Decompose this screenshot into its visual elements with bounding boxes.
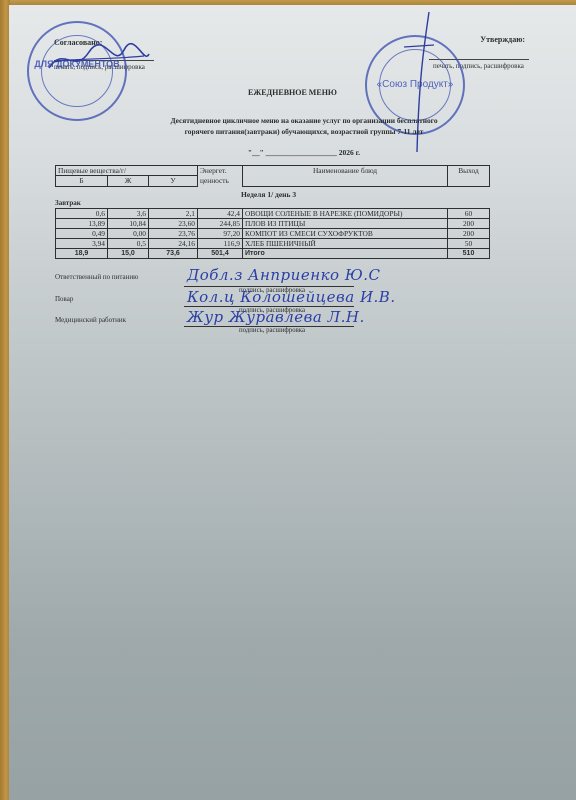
cell-dish-name: ХЛЕБ ПШЕНИЧНЫЙ — [243, 239, 448, 249]
total-cell-carbs: 73,6 — [149, 249, 198, 259]
cell-yield: 60 — [448, 209, 490, 219]
header-fats: Ж — [108, 176, 149, 186]
cell-carbs: 23,76 — [149, 229, 198, 239]
cell-fats: 0,5 — [108, 239, 149, 249]
document-page: Согласовано: печать, подпись, расшифровк… — [9, 5, 576, 800]
handwritten-signature-1: Добл.з Анприенко Ю.С — [187, 266, 380, 284]
subtitle-line-1: Десятидневное цикличное меню на оказание… — [69, 115, 539, 126]
date-line: "__" ___________________ 2026 г. — [164, 148, 444, 157]
signature-caption-3: подпись, расшифровка — [239, 327, 305, 334]
header-proteins: Б — [56, 176, 108, 186]
approval-right-label: Утверждаю: — [429, 35, 529, 44]
cell-energy: 42,4 — [198, 209, 243, 219]
table-total-row: 18,915,073,6501,4Итого510 — [56, 249, 490, 259]
handwritten-signature-2: Кол.ц Колошейцева И.В. — [187, 288, 396, 306]
approval-right: Утверждаю: печать, подпись, расшифровка — [429, 35, 529, 44]
cell-fats: 10,84 — [108, 219, 149, 229]
total-cell-yield: 510 — [448, 249, 490, 259]
week-day-label: Неделя 1/ день 3 — [241, 190, 296, 199]
meal-section-label: Завтрак — [55, 199, 81, 207]
total-cell-energy: 501,4 — [198, 249, 243, 259]
document-title: ЕЖЕДНЕВНОЕ МЕНЮ — [9, 88, 576, 97]
table-row: 3,940,524,16116,9ХЛЕБ ПШЕНИЧНЫЙ50 — [56, 239, 490, 249]
header-carbs: У — [149, 176, 198, 186]
cell-energy: 116,9 — [198, 239, 243, 249]
cell-carbs: 24,16 — [149, 239, 198, 249]
handwritten-signature-3: Жур Журавлева Л.Н. — [187, 308, 365, 326]
header-dish-name: Наименование блюд — [243, 166, 448, 187]
signature-role-2: Повар — [55, 295, 73, 303]
cell-fats: 3,6 — [108, 209, 149, 219]
cell-yield: 50 — [448, 239, 490, 249]
cell-carbs: 23,60 — [149, 219, 198, 229]
cell-dish-name: ПЛОВ ИЗ ПТИЦЫ — [243, 219, 448, 229]
menu-table-body: 0,63,62,142,4ОВОЩИ СОЛЕНЫЕ В НАРЕЗКЕ (ПО… — [55, 208, 490, 259]
signature-role-3: Медицинский работник — [55, 316, 126, 324]
cell-yield: 200 — [448, 219, 490, 229]
header-energy-line2: ценность — [200, 176, 240, 186]
signature-role-1: Ответственный по питанию — [55, 273, 138, 281]
cell-proteins: 0,49 — [56, 229, 108, 239]
header-energy-line1: Энергет. — [200, 166, 240, 176]
cell-energy: 244,85 — [198, 219, 243, 229]
total-cell-fats: 15,0 — [108, 249, 149, 259]
header-nutrients: Пищевые вещества/г/ — [56, 166, 198, 176]
cell-energy: 97,20 — [198, 229, 243, 239]
table-row: 0,490,0023,7697,20КОМПОТ ИЗ СМЕСИ СУХОФР… — [56, 229, 490, 239]
cell-fats: 0,00 — [108, 229, 149, 239]
header-yield: Выход — [448, 166, 490, 187]
header-energy: Энергет. ценность — [198, 166, 243, 187]
table-row: 0,63,62,142,4ОВОЩИ СОЛЕНЫЕ В НАРЕЗКЕ (ПО… — [56, 209, 490, 219]
cell-carbs: 2,1 — [149, 209, 198, 219]
cell-proteins: 13,89 — [56, 219, 108, 229]
cell-dish-name: КОМПОТ ИЗ СМЕСИ СУХОФРУКТОВ — [243, 229, 448, 239]
cell-proteins: 0,6 — [56, 209, 108, 219]
table-row: 13,8910,8423,60244,85ПЛОВ ИЗ ПТИЦЫ200 — [56, 219, 490, 229]
cell-proteins: 3,94 — [56, 239, 108, 249]
total-cell-dish-name: Итого — [243, 249, 448, 259]
cell-yield: 200 — [448, 229, 490, 239]
cell-dish-name: ОВОЩИ СОЛЕНЫЕ В НАРЕЗКЕ (ПОМИДОРЫ) — [243, 209, 448, 219]
menu-table-header: Пищевые вещества/г/ Энергет. ценность На… — [55, 165, 490, 187]
total-cell-proteins: 18,9 — [56, 249, 108, 259]
subtitle-line-2: горячего питания(завтраки) обучающихся, … — [69, 126, 539, 137]
document-subtitle: Десятидневное цикличное меню на оказание… — [69, 115, 539, 137]
signature-scribble-left — [44, 40, 154, 80]
